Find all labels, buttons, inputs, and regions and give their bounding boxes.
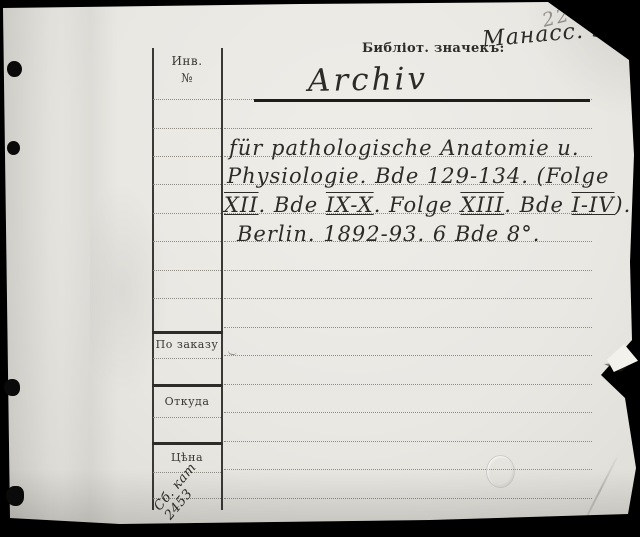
scanned-catalog-card: Инв. № По заказу Откуда Цѣна 227 Библіот… <box>0 0 640 537</box>
ledger-ruled-line <box>153 358 221 359</box>
paper-sheet: Инв. № По заказу Откуда Цѣна 227 Библіот… <box>0 0 640 537</box>
entry-line-1: für pathologische Anatomie u. <box>229 136 580 160</box>
ledger-ruled-line <box>153 156 221 157</box>
entry-text-segment: . Folge <box>374 193 461 217</box>
ruled-line <box>224 327 592 328</box>
entry-text-segment: . Bde <box>259 193 326 217</box>
entry-line-4: Berlin. 1892-93. 6 Bde 8°. <box>237 222 540 246</box>
paper-crease-vertical <box>62 0 118 537</box>
ruled-line <box>224 412 592 413</box>
ledger-ruled-line <box>153 128 221 129</box>
embossed-stamp <box>486 455 515 488</box>
entry-line-3: XII. Bde IX-X. Folge XIII. Bde I-IV). <box>224 193 631 217</box>
ledger-ruled-line <box>153 298 221 299</box>
roman-numeral: XII <box>224 193 259 217</box>
paper-shading-left <box>0 0 90 537</box>
ledger-ruled-line <box>153 184 221 185</box>
entry-line-2: Physiologie. Bde 129-134. (Folge <box>227 164 609 188</box>
punch-hole <box>4 379 20 396</box>
punch-hole <box>6 486 24 506</box>
paper-shading-bottom <box>0 469 640 529</box>
corner-crease <box>578 456 618 533</box>
ledger-ruled-line <box>153 417 221 418</box>
ruled-line <box>224 270 592 271</box>
ledger-column-left-border <box>152 48 154 510</box>
ledger-ruled-line <box>153 270 221 271</box>
punch-hole <box>7 61 22 77</box>
roman-numeral: I-IV <box>572 193 615 217</box>
ruled-line <box>224 469 592 470</box>
roman-numeral: IX-X <box>326 193 374 217</box>
ledger-ruled-line <box>153 99 221 100</box>
ledger-column-right-border <box>221 48 223 510</box>
ledger-section-divider <box>152 331 223 334</box>
ledger-section-divider <box>152 384 223 387</box>
entry-title-underline <box>254 99 590 102</box>
entry-text-segment: ). <box>614 193 631 217</box>
diagonal-catalog-note: Сб. кат 2453 <box>152 461 210 523</box>
ruled-line <box>224 441 592 442</box>
ledger-ruled-line <box>153 241 221 242</box>
roman-numeral: XIII <box>460 193 504 217</box>
ledger-header-inv: Инв. <box>152 54 222 68</box>
entry-title: Archiv <box>308 61 429 99</box>
ledger-label-po-zakazu: По заказу <box>152 338 222 351</box>
punch-hole <box>7 141 20 155</box>
ruled-line <box>224 498 592 499</box>
ruled-line <box>224 384 592 385</box>
ledger-header-number: № <box>152 71 222 85</box>
ledger-label-otkuda: Откуда <box>152 395 222 408</box>
ruled-line <box>224 355 592 356</box>
ruled-line <box>224 128 592 129</box>
paper-shading-top-right <box>520 0 640 120</box>
ledger-section-divider <box>152 442 223 445</box>
ledger-ruled-line <box>153 213 221 214</box>
entry-text-segment: . Bde <box>504 193 571 217</box>
ruled-line <box>224 298 592 299</box>
